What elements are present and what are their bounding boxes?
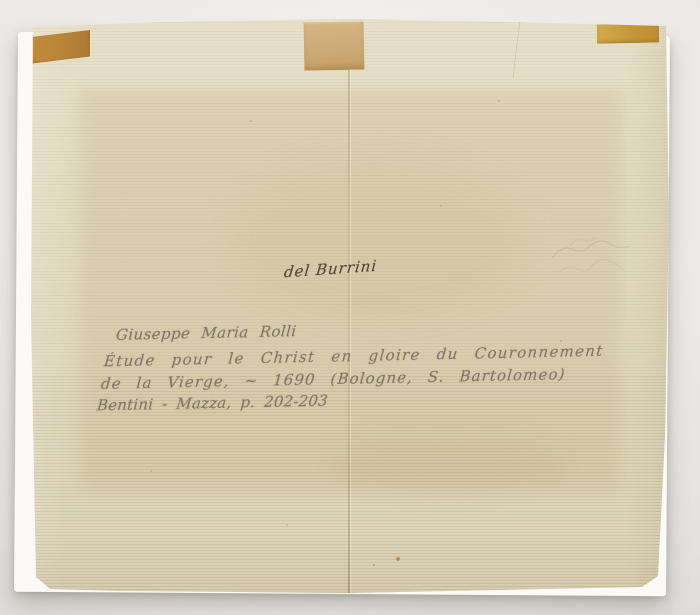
tape-top-right xyxy=(597,23,659,43)
sketch-showthrough xyxy=(540,216,660,296)
photo-background: del Burrini Giuseppe Maria Rolli Étude p… xyxy=(0,0,700,615)
center-fold-line xyxy=(348,66,350,593)
pencil-annotation-artist: Giuseppe Maria Rolli xyxy=(115,322,297,344)
tape-top-center xyxy=(304,21,365,70)
paper-sheet: del Burrini Giuseppe Maria Rolli Étude p… xyxy=(28,16,672,596)
center-fold-highlight xyxy=(350,66,351,593)
foxing-spots xyxy=(28,16,30,18)
